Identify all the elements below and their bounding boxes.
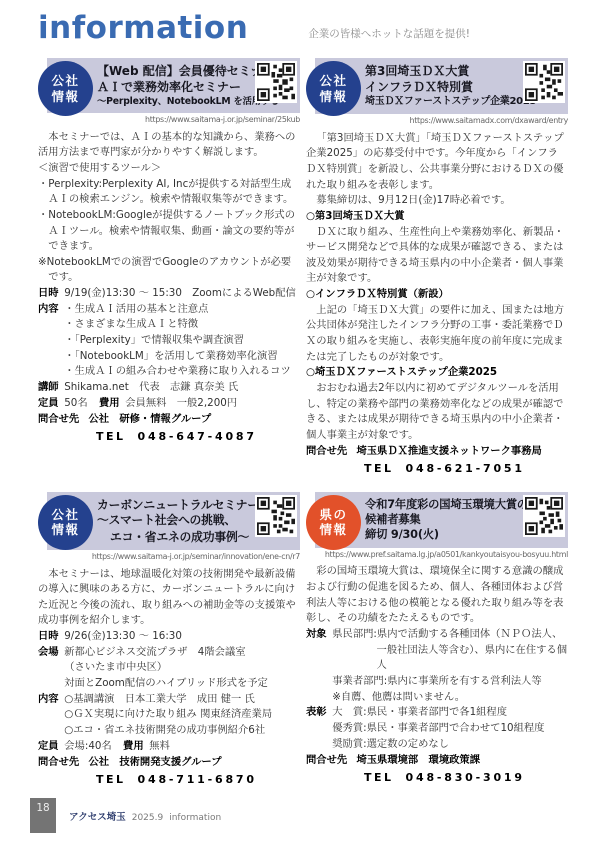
- tel-row: TEL048-711-6870: [96, 772, 300, 789]
- venue-label: 会場: [38, 645, 59, 692]
- page-title: information: [38, 13, 248, 44]
- tel-row: TEL048-647-4087: [96, 429, 300, 446]
- capacity-value: 会場:40名: [64, 739, 111, 755]
- datetime-value: 9/19(金)13:30 〜 15:30 ZoomによるWeb配信: [64, 286, 300, 302]
- badge-text-top: 公社: [51, 73, 79, 88]
- tel-number: 048-647-4087: [138, 430, 257, 443]
- tel-label: TEL: [96, 773, 126, 786]
- tel-label: TEL: [364, 771, 394, 784]
- article-ai-seminar: 公社 情報 【Web 配信】会員優待セミナー ＡＩで業務効率化セミナー 〜Per…: [38, 58, 300, 478]
- capacity-label: 定員: [38, 739, 59, 755]
- article-header: 公社 情報 カーボンニュートラルセミナー 〜スマート社会への挑戦、 エコ・省エネ…: [38, 492, 300, 562]
- badge-text-top: 公社: [319, 73, 347, 88]
- page-tagline: 企業の皆様へホットな話題を提供!: [308, 26, 470, 44]
- target-line: 事業者部門:県内に事業所を有する営利法人等: [332, 674, 568, 690]
- award-lines: 大 賞:県民・事業者部門で各1組程度 優秀賞:県民・事業者部門で合わせて10組程…: [332, 705, 568, 752]
- deadline-paragraph: 募集締切は、9月12日(金)17時必着です。: [306, 193, 568, 209]
- contact-label: 問合せ先: [38, 412, 79, 428]
- section-heading: ○インフラＤＸ特別賞（新設）: [306, 287, 568, 303]
- article-body: 本セミナーは、地球温暖化対策の技術開発や最新設備の導入に興味のある方に、カーボン…: [38, 567, 300, 789]
- section-body: おおむね過去2年以内に初めてデジタルツールを活用し、特定の業務や部門の業務効率化…: [306, 381, 568, 444]
- qr-code-icon: [523, 495, 565, 537]
- datetime-label: 日時: [38, 629, 59, 645]
- kosha-info-badge: 公社 情報: [306, 61, 361, 116]
- intro-paragraph: 彩の国埼玉環境大賞は、環境保全に関する意識の醸成および行動の促進を図るため、個人…: [306, 564, 568, 627]
- article-title-line2: ＡＩで業務効率化セミナー: [97, 80, 254, 96]
- tool-item: ・Perplexity:Perplexity AI, Incが提供する対話型生成…: [38, 177, 300, 208]
- contact-row: 問合せ先 埼玉県ＤＸ推進支援ネットワーク事務局: [306, 444, 568, 460]
- page-number-box: 18: [30, 798, 56, 833]
- kosha-info-badge: 公社 情報: [38, 495, 93, 550]
- datetime-row: 日時 9/19(金)13:30 〜 15:30 ZoomによるWeb配信: [38, 286, 300, 302]
- fee-label: 費用: [123, 739, 144, 755]
- contact-block: 問合せ先 公社 技術開発支援グループ TEL048-711-6870: [38, 755, 300, 788]
- magazine-page: information 企業の皆様へホットな話題を提供! 公社 情報 【Web …: [0, 0, 595, 842]
- lecturer-value: Shikama.net 代表 志鎌 真奈美 氏: [64, 380, 300, 396]
- badge-text-bottom: 情報: [51, 522, 79, 537]
- article-environment-award: 県の 情報 令和7年度彩の国埼玉環境大賞の 候補者募集 締切 9/30(火) h…: [306, 492, 568, 789]
- article-title-line1: 令和7年度彩の国埼玉環境大賞の: [365, 498, 522, 513]
- tel-row: TEL048-621-7051: [364, 461, 568, 478]
- article-title-line2: 候補者募集: [365, 513, 522, 528]
- qr-code-icon: [523, 61, 565, 103]
- contact-block: 問合せ先 埼玉県ＤＸ推進支援ネットワーク事務局 TEL048-621-7051: [306, 444, 568, 477]
- venue-row: 会場 新都心ビジネス交流プラザ 4階会議室 （さいたま市中央区） 対面とZoom…: [38, 645, 300, 692]
- article-url: https://www.saitama-j.or.jp/seminar/25ku…: [38, 115, 300, 124]
- contact-name: 公社 研修・情報グループ: [88, 412, 300, 428]
- award-line: 奨励賞:選定数の定めなし: [332, 737, 568, 753]
- article-title-line3: 〜Perplexity、NotebookLM を活用する〜: [97, 95, 254, 108]
- capacity-fee-row: 定員 50名 費用 会員無料 一般2,200円: [38, 396, 300, 412]
- badge-text-top: 県の: [319, 507, 347, 522]
- article-title-line3: 埼玉ＤＸファーストステップ企業2025: [365, 95, 522, 109]
- contact-block: 問合せ先 公社 研修・情報グループ TEL048-647-4087: [38, 412, 300, 445]
- contact-row: 問合せ先 公社 技術開発支援グループ: [38, 755, 300, 771]
- target-line: ※自薦、他薦は問いません。: [332, 690, 568, 706]
- content-item: ・さまざまな生成ＡＩと特徴: [64, 317, 300, 333]
- contact-label: 問合せ先: [38, 755, 79, 771]
- intro-paragraph: 本セミナーでは、ＡＩの基本的な知識から、業務への活用方法まで専門家が分かりやすく…: [38, 130, 300, 161]
- section-body: 上記の「埼玉ＤＸ大賞」の要件に加え、国または地方公共団体が発注したインフラ分野の…: [306, 303, 568, 366]
- contact-label: 問合せ先: [306, 753, 347, 769]
- article-dx-award: 公社 情報 第3回埼玉ＤＸ大賞 インフラＤＸ特別賞 埼玉ＤＸファーストステップ企…: [306, 58, 568, 478]
- tool-item: ・NotebookLM:Googleが提供するノートブック形式のＡＩツール。検索…: [38, 208, 300, 255]
- page-footer: 18 アクセス埼玉 2025.9 information: [30, 798, 221, 833]
- contact-name: 埼玉県ＤＸ推進支援ネットワーク事務局: [356, 444, 568, 460]
- target-label: 対象: [306, 627, 327, 705]
- article-title-line1: カーボンニュートラルセミナー: [97, 498, 254, 513]
- section-name: information: [169, 813, 221, 823]
- content-item: ・「NotebookLM」を活用して業務効率化演習: [64, 349, 300, 365]
- article-body: 本セミナーでは、ＡＩの基本的な知識から、業務への活用方法まで専門家が分かりやすく…: [38, 130, 300, 446]
- contact-row: 問合せ先 埼玉県環境部 環境政策課: [306, 753, 568, 769]
- qr-code-icon: [255, 61, 297, 103]
- content-item: ・生成ＡＩの組み合わせや業務に取り入れるコツ: [64, 364, 300, 380]
- award-line: 大 賞:県民・事業者部門で各1組程度: [332, 705, 568, 721]
- content-list: ○基調講演 日本工業大学 成田 健一 氏 ○ＧＸ実現に向けた取り組み 関東経済産…: [64, 692, 300, 739]
- tel-label: TEL: [364, 462, 394, 475]
- award-row: 表彰 大 賞:県民・事業者部門で各1組程度 優秀賞:県民・事業者部門で合わせて1…: [306, 705, 568, 752]
- target-lines: 県民部門:県内で活動する各種団体（ＮＰＯ法人、一般社団法人等含む）、県内に在住す…: [332, 627, 568, 705]
- article-title-line2: 〜スマート社会への挑戦、: [97, 513, 254, 528]
- lecturer-row: 講師 Shikama.net 代表 志鎌 真奈美 氏: [38, 380, 300, 396]
- magazine-name: アクセス埼玉: [69, 809, 126, 823]
- contact-name: 埼玉県環境部 環境政策課: [356, 753, 568, 769]
- article-header: 県の 情報 令和7年度彩の国埼玉環境大賞の 候補者募集 締切 9/30(火) h…: [306, 492, 568, 560]
- content-item: ○ＧＸ実現に向けた取り組み 関東経済産業局: [64, 707, 300, 723]
- article-carbon-neutral-seminar: 公社 情報 カーボンニュートラルセミナー 〜スマート社会への挑戦、 エコ・省エネ…: [38, 492, 300, 789]
- content-label: 内容: [38, 302, 59, 380]
- content-item: ○基調講演 日本工業大学 成田 健一 氏: [64, 692, 300, 708]
- article-header: 公社 情報 【Web 配信】会員優待セミナー ＡＩで業務効率化セミナー 〜Per…: [38, 58, 300, 125]
- article-title-line1: 第3回埼玉ＤＸ大賞: [365, 64, 522, 80]
- content-item: ○エコ・省エネ技術開発の成功事例紹介6社: [64, 723, 300, 739]
- article-title-line3: 締切 9/30(火): [365, 527, 522, 543]
- venue-line: （さいたま市中央区）: [64, 660, 300, 676]
- tel-number: 048-621-7051: [406, 462, 525, 475]
- datetime-value: 9/26(金)13:30 〜 16:30: [64, 629, 300, 645]
- article-url: https://www.pref.saitama.lg.jp/a0501/kan…: [306, 550, 568, 559]
- tel-number: 048-711-6870: [138, 773, 257, 786]
- award-label: 表彰: [306, 705, 327, 752]
- venue-lines: 新都心ビジネス交流プラザ 4階会議室 （さいたま市中央区） 対面とZoom配信の…: [64, 645, 300, 692]
- article-url: https://www.saitamadx.com/dxaward/entry: [306, 116, 568, 125]
- award-line: 優秀賞:県民・事業者部門で合わせて10組程度: [332, 721, 568, 737]
- article-title-line1: 【Web 配信】会員優待セミナー: [97, 64, 254, 80]
- contact-row: 問合せ先 公社 研修・情報グループ: [38, 412, 300, 428]
- content-list: ・生成ＡＩ活用の基本と注意点 ・さまざまな生成ＡＩと特徴 ・「Perplexit…: [64, 302, 300, 380]
- lecturer-label: 講師: [38, 380, 59, 396]
- venue-line: 対面とZoom配信のハイブリッド形式を予定: [64, 676, 300, 692]
- capacity-value: 50名: [64, 396, 87, 412]
- fee-value: 会員無料 一般2,200円: [125, 396, 237, 412]
- tools-heading: ＜演習で使用するツール＞: [38, 161, 300, 177]
- article-grid: 公社 情報 【Web 配信】会員優待セミナー ＡＩで業務効率化セミナー 〜Per…: [0, 44, 595, 789]
- badge-text-bottom: 情報: [319, 522, 347, 537]
- capacity-label: 定員: [38, 396, 59, 412]
- article-title-line2: インフラＤＸ特別賞: [365, 80, 522, 96]
- badge-text-bottom: 情報: [51, 89, 79, 104]
- contact-label: 問合せ先: [306, 444, 347, 460]
- article-header: 公社 情報 第3回埼玉ＤＸ大賞 インフラＤＸ特別賞 埼玉ＤＸファーストステップ企…: [306, 58, 568, 126]
- article-url: https://www.saitama-j.or.jp/seminar/inno…: [38, 552, 300, 561]
- fee-value: 無料: [149, 739, 170, 755]
- article-body: 彩の国埼玉環境大賞は、環境保全に関する意識の醸成および行動の促進を図るため、個人…: [306, 564, 568, 786]
- footer-credit: アクセス埼玉 2025.9 information: [69, 809, 221, 823]
- intro-paragraph: 「第3回埼玉ＤＸ大賞」「埼玉ＤＸファーストステップ企業2025」の応募受付中です…: [306, 131, 568, 194]
- venue-line: 新都心ビジネス交流プラザ 4階会議室: [64, 645, 300, 661]
- qr-code-icon: [255, 495, 297, 537]
- page-header: information 企業の皆様へホットな話題を提供!: [0, 0, 595, 44]
- article-title-line3: エコ・省エネの成功事例〜: [97, 529, 254, 546]
- contact-name: 公社 技術開発支援グループ: [88, 755, 300, 771]
- badge-text-top: 公社: [51, 507, 79, 522]
- intro-paragraph: 本セミナーは、地球温暖化対策の技術開発や最新設備の導入に興味のある方に、カーボン…: [38, 567, 300, 630]
- content-item: ・生成ＡＩ活用の基本と注意点: [64, 302, 300, 318]
- content-item: ・「Perplexity」で情報収集や調査演習: [64, 333, 300, 349]
- prefecture-info-badge: 県の 情報: [306, 495, 361, 550]
- target-line: 県民部門:県内で活動する各種団体（ＮＰＯ法人、一般社団法人等含む）、県内に在住す…: [332, 627, 568, 674]
- section-body: ＤＸに取り組み、生産性向上や業務効率化、新製品・サービス開発などで具体的な成果が…: [306, 225, 568, 288]
- section-heading: ○埼玉ＤＸファーストステップ企業2025: [306, 365, 568, 381]
- kosha-info-badge: 公社 情報: [38, 61, 93, 116]
- datetime-row: 日時 9/26(金)13:30 〜 16:30: [38, 629, 300, 645]
- capacity-fee-row: 定員 会場:40名 費用 無料: [38, 739, 300, 755]
- tel-label: TEL: [96, 430, 126, 443]
- issue-date: 2025.9: [132, 813, 164, 823]
- tel-row: TEL048-830-3019: [364, 770, 568, 787]
- content-row: 内容 ・生成ＡＩ活用の基本と注意点 ・さまざまな生成ＡＩと特徴 ・「Perple…: [38, 302, 300, 380]
- target-row: 対象 県民部門:県内で活動する各種団体（ＮＰＯ法人、一般社団法人等含む）、県内に…: [306, 627, 568, 705]
- note-line: ※NotebookLMでの演習でGoogleのアカウントが必要です。: [38, 255, 300, 286]
- fee-label: 費用: [99, 396, 120, 412]
- article-body: 「第3回埼玉ＤＸ大賞」「埼玉ＤＸファーストステップ企業2025」の応募受付中です…: [306, 131, 568, 478]
- tel-number: 048-830-3019: [406, 771, 525, 784]
- content-row: 内容 ○基調講演 日本工業大学 成田 健一 氏 ○ＧＸ実現に向けた取り組み 関東…: [38, 692, 300, 739]
- section-heading: ○第3回埼玉ＤＸ大賞: [306, 209, 568, 225]
- datetime-label: 日時: [38, 286, 59, 302]
- badge-text-bottom: 情報: [319, 89, 347, 104]
- content-label: 内容: [38, 692, 59, 739]
- contact-block: 問合せ先 埼玉県環境部 環境政策課 TEL048-830-3019: [306, 753, 568, 786]
